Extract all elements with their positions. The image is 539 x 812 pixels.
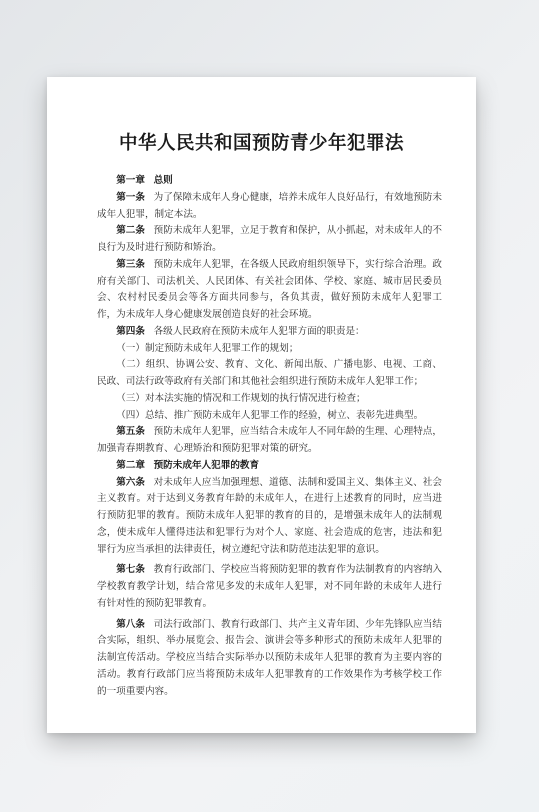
article-8: 第八条司法行政部门、教育行政部门、共产主义青年团、少年先锋队应当结合实际，组织、… [97, 617, 442, 701]
article-4: 第四条各级人民政府在预防未成年人犯罪方面的职责是： [97, 324, 442, 341]
article-text: 司法行政部门、教育行政部门、共产主义青年团、少年先锋队应当结合实际，组织、举办展… [97, 619, 442, 697]
chapter-label: 第二章 [116, 460, 145, 471]
article-text: 为了保障未成年人身心健康，培养未成年人良好品行，有效地预防未成年人犯罪，制定本法… [97, 192, 442, 220]
article-4-item-2: （二）组织、协调公安、教育、文化、新闻出版、广播电影、电视、工商、民政、司法行政… [97, 357, 442, 391]
article-label: 第六条 [116, 477, 145, 488]
chapter-heading-1: 第一章总则 [97, 173, 442, 190]
article-text: 教育行政部门、学校应当将预防犯罪的教育作为法制教育的内容纳入学校教育教学计划，结… [97, 564, 442, 609]
article-label: 第三条 [116, 259, 145, 270]
chapter-label: 第一章 [116, 175, 145, 186]
article-text: 预防未成年人犯罪，应当结合未成年人不同年龄的生理、心理特点，加强青春期教育、心理… [97, 426, 442, 454]
article-label: 第七条 [116, 564, 145, 575]
article-7: 第七条教育行政部门、学校应当将预防犯罪的教育作为法制教育的内容纳入学校教育教学计… [97, 562, 442, 612]
article-1: 第一条为了保障未成年人身心健康，培养未成年人良好品行，有效地预防未成年人犯罪，制… [97, 190, 442, 224]
article-4-item-3: （三）对本法实施的情况和工作规划的执行情况进行检查； [97, 391, 442, 408]
article-label: 第二条 [116, 225, 145, 236]
chapter-name: 总则 [154, 175, 173, 186]
article-label: 第八条 [116, 619, 145, 630]
article-2: 第二条预防未成年人犯罪，立足于教育和保护，从小抓起，对未成年人的不良行为及时进行… [97, 223, 442, 257]
document-title: 中华人民共和国预防青少年犯罪法 [47, 129, 476, 155]
article-4-item-4: （四）总结、推广预防未成年人犯罪工作的经验，树立、表彰先进典型。 [97, 408, 442, 425]
article-text: 预防未成年人犯罪，立足于教育和保护，从小抓起，对未成年人的不良行为及时进行预防和… [97, 225, 442, 253]
document-body: 第一章总则 第一条为了保障未成年人身心健康，培养未成年人良好品行，有效地预防未成… [97, 173, 442, 700]
article-label: 第四条 [116, 326, 145, 337]
article-3: 第三条预防未成年人犯罪，在各级人民政府组织领导下，实行综合治理。政府有关部门、司… [97, 257, 442, 324]
document-page: 中华人民共和国预防青少年犯罪法 第一章总则 第一条为了保障未成年人身心健康，培养… [47, 77, 476, 733]
article-5: 第五条预防未成年人犯罪，应当结合未成年人不同年龄的生理、心理特点，加强青春期教育… [97, 424, 442, 458]
article-text: 对未成年人应当加强理想、道德、法制和爱国主义、集体主义、社会主义教育。对于达到义… [97, 477, 442, 555]
article-6: 第六条对未成年人应当加强理想、道德、法制和爱国主义、集体主义、社会主义教育。对于… [97, 475, 442, 559]
article-text: 各级人民政府在预防未成年人犯罪方面的职责是： [154, 326, 365, 337]
article-label: 第一条 [116, 192, 145, 203]
article-text: 预防未成年人犯罪，在各级人民政府组织领导下，实行综合治理。政府有关部门、司法机关… [97, 259, 442, 320]
article-4-item-1: （一）制定预防未成年人犯罪工作的规划； [97, 341, 442, 358]
chapter-heading-2: 第二章预防未成年人犯罪的教育 [97, 458, 442, 475]
chapter-name: 预防未成年人犯罪的教育 [154, 460, 260, 471]
article-label: 第五条 [116, 426, 145, 437]
